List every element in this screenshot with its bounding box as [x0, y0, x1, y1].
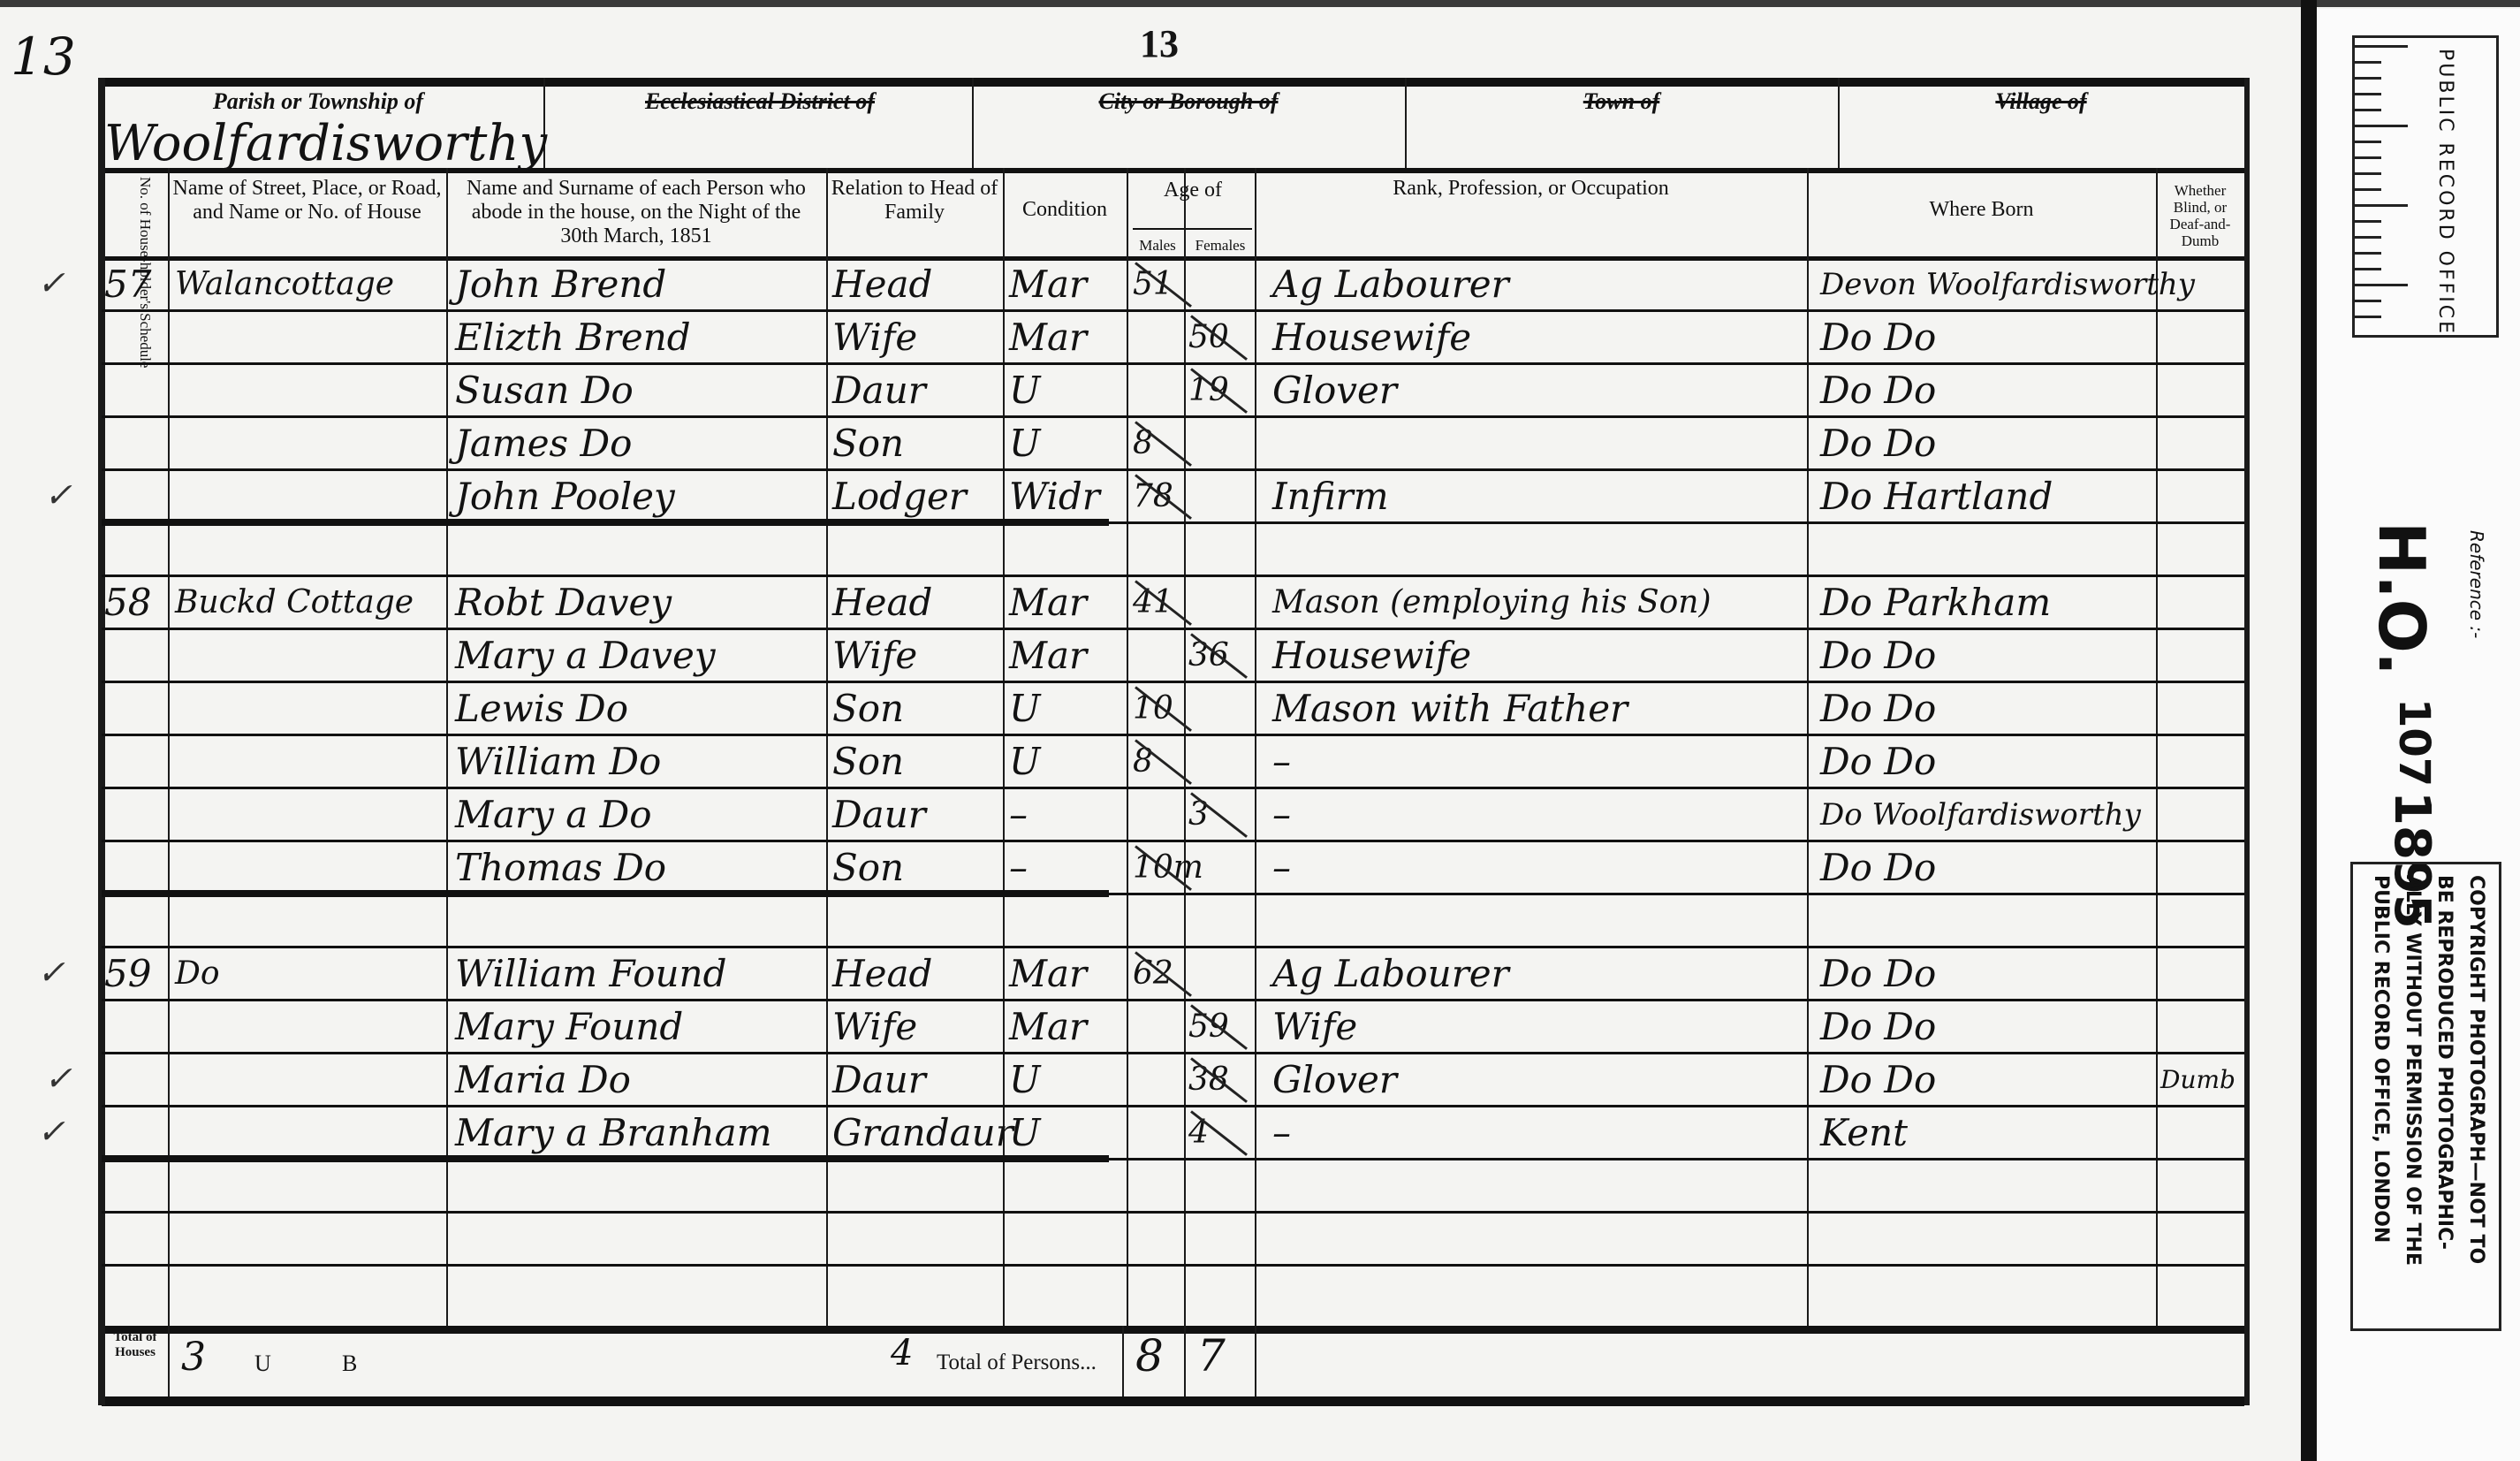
blind-deaf-dumb: [2160, 629, 2244, 682]
copyright-line: BE REPRODUCED PHOTOGRAPHIC-: [2433, 875, 2455, 1250]
occupation: Housewife: [1272, 629, 1803, 682]
col-header-schedule-no: No. of House-holder's Schedule: [137, 177, 154, 247]
blind-deaf-dumb: [2160, 311, 2244, 364]
relation-to-head: Daur: [832, 1054, 1000, 1107]
houses-building-label: B: [342, 1351, 357, 1377]
ruler-tick: [2355, 61, 2381, 64]
ruler-tick: [2355, 125, 2408, 127]
marital-condition: U: [1009, 417, 1124, 470]
relation-to-head: Wife: [832, 1001, 1000, 1054]
margin-checkmark-icon: ✓: [37, 263, 65, 303]
birthplace: Do Woolfardisworthy: [1820, 788, 2156, 841]
col-header-relation: Relation to Head of Family: [831, 177, 998, 224]
birthplace: Do Hartland: [1820, 470, 2156, 523]
ruler-tick: [2355, 77, 2381, 80]
marital-condition: Mar: [1009, 311, 1124, 364]
parish-value: Woolfardisworthy: [104, 115, 547, 172]
footer-bottom-rule: [102, 1396, 2244, 1406]
marital-condition: Widr: [1009, 470, 1124, 523]
relation-to-head: Lodger: [832, 470, 1000, 523]
schedule-number: 59: [104, 947, 166, 1001]
blind-deaf-dumb: [2160, 788, 2244, 841]
total-males-value: 8: [1135, 1330, 1164, 1381]
blind-deaf-dumb: Dumb: [2160, 1054, 2244, 1107]
copyright-line: COPYRIGHT PHOTOGRAPH—NOT TO: [2465, 875, 2487, 1264]
ruler-tick: [2355, 188, 2381, 191]
column-divider: [446, 168, 448, 1326]
birthplace: Do Do: [1820, 947, 2156, 1001]
schedule-number: 57: [104, 258, 166, 311]
marital-condition: U: [1009, 364, 1124, 417]
marital-condition: U: [1009, 1054, 1124, 1107]
person-name: Thomas Do: [455, 841, 826, 894]
copyright-line: ALLY WITHOUT PERMISSION OF THE: [2402, 875, 2424, 1266]
age-male: [1133, 1107, 1184, 1160]
column-divider: [2156, 168, 2158, 1326]
footer-divider: [168, 1326, 170, 1396]
column-divider: [1255, 168, 1256, 1326]
ruler-tick: [2355, 204, 2408, 207]
ruler-tick: [2355, 45, 2408, 48]
schedule-number: 58: [104, 576, 166, 629]
birthplace: Do Do: [1820, 311, 2156, 364]
age-male: [1133, 311, 1184, 364]
column-divider: [1184, 168, 1186, 1326]
village-label: Village of: [1838, 88, 2244, 115]
blind-deaf-dumb: [2160, 470, 2244, 523]
relation-to-head: Son: [832, 682, 1000, 735]
birthplace: Do Do: [1820, 417, 2156, 470]
col-header-occupation: Rank, Profession, or Occupation: [1259, 177, 1803, 201]
occupation: Ag Labourer: [1272, 947, 1803, 1001]
occupation: Mason (employing his Son): [1272, 576, 1803, 629]
ruler-tick: [2355, 284, 2408, 286]
page-number: 13: [1140, 21, 1179, 66]
age-male: [1133, 364, 1184, 417]
blind-deaf-dumb: [2160, 1107, 2244, 1160]
col-header-males: Males: [1129, 237, 1186, 254]
footer-divider: [1122, 1326, 1124, 1396]
occupation: [1272, 417, 1803, 470]
relation-to-head: Son: [832, 841, 1000, 894]
birthplace: Do Do: [1820, 1001, 2156, 1054]
age-female: [1188, 470, 1252, 523]
footer-divider: [1255, 1326, 1256, 1396]
ruler-scale: [2352, 35, 2499, 338]
person-name: John Pooley: [455, 470, 826, 523]
ruler-tick: [2355, 220, 2381, 223]
ruler-tick: [2355, 141, 2381, 143]
ruler-tick: [2355, 252, 2381, 255]
margin-checkmark-icon: ✓: [44, 476, 72, 515]
public-record-office-label: PUBLIC RECORD OFFICE: [2434, 49, 2456, 336]
blind-deaf-dumb: [2160, 364, 2244, 417]
occupation: Wife: [1272, 1001, 1803, 1054]
reference-piece: 107: [2389, 698, 2439, 787]
marital-condition: Mar: [1009, 1001, 1124, 1054]
age-female: [1188, 682, 1252, 735]
person-name: William Found: [455, 947, 826, 1001]
person-name: James Do: [455, 417, 826, 470]
margin-page-number: 13: [11, 27, 76, 87]
relation-to-head: Head: [832, 947, 1000, 1001]
col-header-condition: Condition: [1007, 198, 1122, 222]
occupation: Infirm: [1272, 470, 1803, 523]
birthplace: Do Do: [1820, 629, 2156, 682]
relation-to-head: Daur: [832, 788, 1000, 841]
marital-condition: Mar: [1009, 576, 1124, 629]
age-male: [1133, 1054, 1184, 1107]
occupation: Housewife: [1272, 311, 1803, 364]
person-name: Mary a Davey: [455, 629, 826, 682]
blind-deaf-dumb: [2160, 576, 2244, 629]
col-header-age-of: Age of: [1131, 179, 1255, 202]
person-name: Susan Do: [455, 364, 826, 417]
age-female: [1188, 417, 1252, 470]
relation-to-head: Daur: [832, 364, 1000, 417]
copyright-line: PUBLIC RECORD OFFICE, LONDON: [2370, 875, 2392, 1243]
birthplace: Do Do: [1820, 1054, 2156, 1107]
ruler-tick: [2355, 268, 2381, 270]
person-name: Mary Found: [455, 1001, 826, 1054]
margin-checkmark-icon: ✓: [37, 1112, 65, 1152]
household-separator: [102, 1155, 1109, 1162]
blind-deaf-dumb: [2160, 947, 2244, 1001]
blind-deaf-dumb: [2160, 841, 2244, 894]
person-name: John Brend: [455, 258, 826, 311]
person-name: Mary a Branham: [455, 1107, 826, 1160]
age-male: [1133, 1001, 1184, 1054]
birthplace: Do Do: [1820, 364, 2156, 417]
occupation: –: [1272, 735, 1803, 788]
birthplace: Do Do: [1820, 682, 2156, 735]
row-rule: [102, 1211, 2244, 1214]
total-persons-label: Total of Persons...: [937, 1351, 1097, 1375]
marital-condition: U: [1009, 1107, 1124, 1160]
age-female: [1188, 841, 1252, 894]
city-borough-label: City or Borough of: [972, 88, 1405, 115]
occupation: Mason with Father: [1272, 682, 1803, 735]
strip-border: [2301, 0, 2317, 1461]
col-header-females: Females: [1186, 237, 1255, 254]
margin-checkmark-icon: ✓: [44, 1059, 72, 1099]
scan-edge-shadow: [0, 0, 2520, 7]
relation-to-head: Grandaur: [832, 1107, 1000, 1160]
age-subheader-rule: [1133, 228, 1252, 230]
right-border: [2244, 78, 2250, 1405]
occupation: –: [1272, 1107, 1803, 1160]
houses-inhabited-value: 3: [181, 1335, 206, 1380]
ruler-tick: [2355, 236, 2381, 239]
ecclesiastical-district-label: Ecclesiastical District of: [548, 88, 972, 115]
birthplace: Kent: [1820, 1107, 2156, 1160]
relation-to-head: Son: [832, 735, 1000, 788]
birthplace: Do Do: [1820, 841, 2156, 894]
house-address: Do: [175, 947, 444, 1001]
ruler-tick: [2355, 109, 2381, 111]
relation-to-head: Son: [832, 417, 1000, 470]
birthplace: Do Parkham: [1820, 576, 2156, 629]
ruler-tick: [2355, 300, 2381, 302]
age-female: [1188, 258, 1252, 311]
occupation: –: [1272, 788, 1803, 841]
stray-mark: 4: [891, 1333, 913, 1373]
ruler-tick: [2355, 172, 2381, 175]
birthplace: Devon Woolfardisworthy: [1820, 258, 2156, 311]
age-male: [1133, 629, 1184, 682]
marital-condition: U: [1009, 735, 1124, 788]
age-female: [1188, 576, 1252, 629]
footer-divider: [1184, 1326, 1186, 1396]
relation-to-head: Head: [832, 576, 1000, 629]
person-name: Maria Do: [455, 1054, 826, 1107]
ruler-tick: [2355, 316, 2381, 318]
blind-deaf-dumb: [2160, 1001, 2244, 1054]
ruler-tick: [2355, 93, 2381, 95]
house-address: Buckd Cottage: [175, 576, 444, 629]
column-divider: [1127, 168, 1128, 1326]
row-rule: [102, 1264, 2244, 1267]
column-divider: [826, 168, 828, 1326]
top-heavy-rule: [102, 78, 2244, 87]
col-header-street: Name of Street, Place, or Road, and Name…: [172, 177, 442, 224]
col-header-name: Name and Surname of each Person who abod…: [451, 177, 822, 248]
marital-condition: –: [1009, 841, 1124, 894]
person-name: William Do: [455, 735, 826, 788]
total-females-value: 7: [1197, 1330, 1226, 1381]
occupation: –: [1272, 841, 1803, 894]
relation-to-head: Head: [832, 258, 1000, 311]
blind-deaf-dumb: [2160, 417, 2244, 470]
relation-to-head: Wife: [832, 629, 1000, 682]
person-name: Robt Davey: [455, 576, 826, 629]
occupation: Glover: [1272, 1054, 1803, 1107]
town-label: Town of: [1405, 88, 1838, 115]
ruler-tick: [2355, 156, 2381, 159]
column-divider: [168, 168, 170, 1326]
reference-class: H.O.: [2364, 521, 2439, 676]
house-address: Walancottage: [175, 258, 444, 311]
parish-label: Parish or Township of: [133, 88, 504, 115]
marital-condition: Mar: [1009, 258, 1124, 311]
column-divider: [1807, 168, 1809, 1326]
age-male: [1133, 788, 1184, 841]
occupation: Ag Labourer: [1272, 258, 1803, 311]
marital-condition: U: [1009, 682, 1124, 735]
age-female: [1188, 947, 1252, 1001]
birthplace: Do Do: [1820, 735, 2156, 788]
blind-deaf-dumb: [2160, 735, 2244, 788]
footer-top-rule: [102, 1326, 2244, 1334]
occupation: Glover: [1272, 364, 1803, 417]
household-separator: [102, 890, 1109, 897]
col-header-where-born: Where Born: [1811, 198, 2152, 222]
total-houses-label: Total of Houses: [104, 1330, 166, 1360]
houses-uninhabited-label: U: [254, 1351, 271, 1377]
marital-condition: Mar: [1009, 947, 1124, 1001]
marital-condition: Mar: [1009, 629, 1124, 682]
person-name: Mary a Do: [455, 788, 826, 841]
blind-deaf-dumb: [2160, 682, 2244, 735]
marital-condition: –: [1009, 788, 1124, 841]
person-name: Elizth Brend: [455, 311, 826, 364]
person-name: Lewis Do: [455, 682, 826, 735]
relation-to-head: Wife: [832, 311, 1000, 364]
age-female: [1188, 735, 1252, 788]
blind-deaf-dumb: [2160, 258, 2244, 311]
col-header-blind-deaf: Whether Blind, or Deaf-and-Dumb: [2158, 182, 2243, 249]
margin-checkmark-icon: ✓: [37, 953, 65, 993]
reference-label: Reference :-: [2466, 530, 2487, 638]
parish-label-text: Parish or Township of: [213, 88, 423, 114]
household-separator: [102, 519, 1109, 526]
